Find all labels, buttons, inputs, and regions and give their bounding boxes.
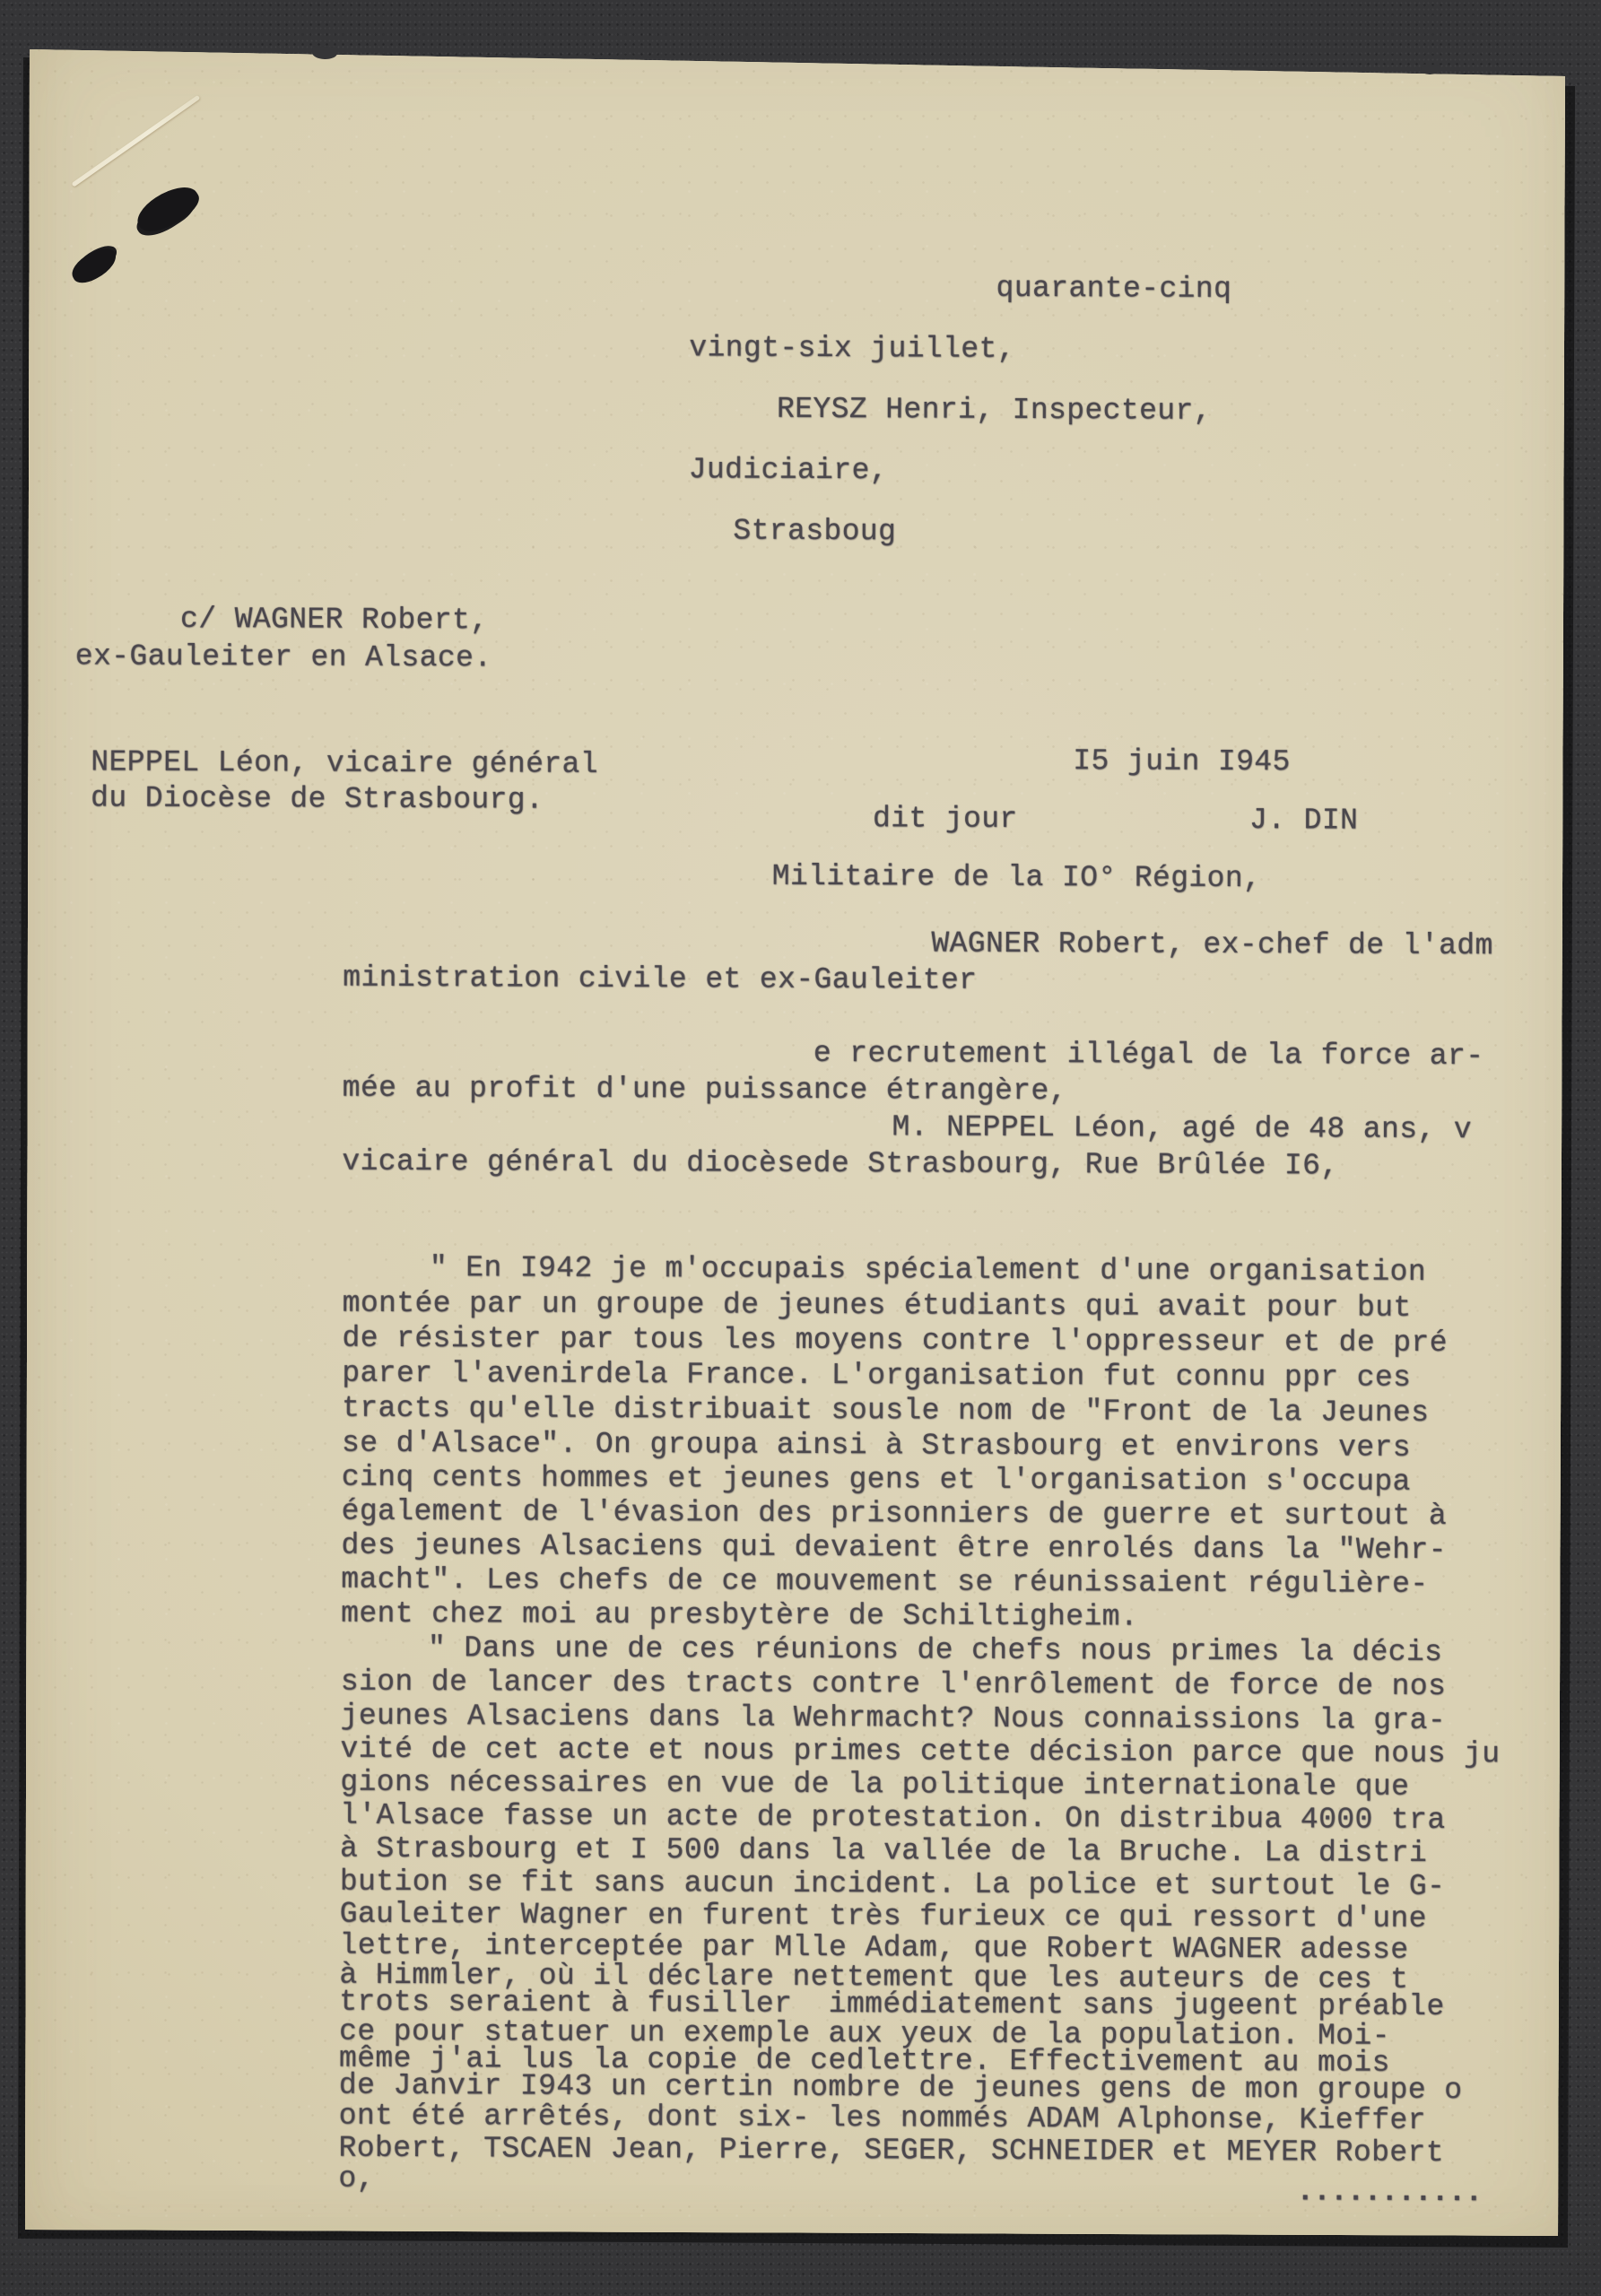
charge-line-2: mée au profit d'une puissance étrangère, — [343, 1073, 1067, 1109]
testimony-line: macht". Les chefs de ce mouvement se réu… — [341, 1564, 1428, 1601]
witness-title-line: du Diocèse de Strasbourg. — [91, 782, 544, 816]
juin-fragment-line: J. DIN — [1249, 804, 1358, 838]
testimony-line: gions nécessaires en vue de la politique… — [340, 1767, 1409, 1804]
charge-line-1: e recrutement illégal de la force ar- — [814, 1038, 1484, 1073]
city-line: Strasboug — [733, 516, 896, 549]
testimony-line: l'Alsace fasse un acte de protestation. … — [340, 1800, 1446, 1837]
accused-name-line: c/ WAGNER Robert, — [180, 604, 489, 637]
witness-id-line-1: M. NEPPEL Léon, agé de 48 ans, v — [892, 1111, 1472, 1146]
witness-id-line-2: vicaire général du diocèsede Strasbourg,… — [342, 1146, 1338, 1183]
accused-title-line: ex-Gauleiter en Alsace. — [75, 640, 492, 674]
testimony-line: des jeunes Alsaciens qui devaient être e… — [341, 1530, 1447, 1567]
dit-jour-line: dit jour — [873, 803, 1018, 836]
photographed-document-stage: quarante-cinqvingt-six juillet,REYSZ Hen… — [0, 0, 1601, 2296]
ellipsis-trailer: ........... — [1296, 2176, 1482, 2209]
accused-role-line-1: WAGNER Robert, ex-chef de l'adm — [931, 928, 1492, 963]
testimony-line: Robert, TSCAEN Jean, Pierre, SEGER, SCHN… — [338, 2133, 1444, 2170]
testimony-line: " Dans une de ces réunions de chefs nous… — [428, 1632, 1443, 1669]
testimony-line: se d'Alsace". On groupa ainsi à Strasbou… — [342, 1428, 1411, 1465]
date-line: I5 juin I945 — [1073, 745, 1291, 778]
testimony-line: parer l'avenirdela France. L'organisatio… — [342, 1358, 1411, 1395]
testimony-line: sion de lancer des tracts contre l'enrôl… — [341, 1666, 1447, 1703]
testimony-line: ment chez moi au presbytère de Schiltigh… — [341, 1598, 1138, 1634]
testimony-line: montée par un groupe de jeunes étudiants… — [343, 1288, 1412, 1325]
witness-name-line: NEPPEL Léon, vicaire général — [91, 746, 598, 780]
testimony-line: " En I942 je m'occupais spécialement d'u… — [430, 1252, 1426, 1289]
testimony-line: à Strasbourg et I 500 dans la vallée de … — [340, 1833, 1427, 1870]
page-number-words: quarante-cinq — [996, 273, 1232, 306]
testimony-line: également de l'évasion des prisonniers d… — [342, 1496, 1448, 1533]
testimony-line: o, — [338, 2163, 375, 2196]
date-words-line: vingt-six juillet, — [689, 332, 1015, 366]
military-region-line: Militaire de la IO° Région, — [772, 861, 1262, 895]
testimony-line: jeunes Alsaciens dans la Wehrmacht? Nous… — [341, 1700, 1447, 1737]
testimony-line: de résister par tous les moyens contre l… — [342, 1323, 1448, 1360]
accused-role-line-2: ministration civile et ex-Gauleiter — [343, 962, 977, 997]
judiciaire-line: Judiciaire, — [689, 454, 888, 487]
inspector-line: REYSZ Henri, Inspecteur, — [777, 394, 1212, 428]
testimony-line: cinq cents hommes et jeunes gens et l'or… — [342, 1462, 1411, 1499]
testimony-line: tracts qu'elle distribuait sousle nom de… — [342, 1393, 1429, 1430]
testimony-line: vité de cet acte et nous primes cette dé… — [340, 1734, 1500, 1771]
typewritten-text-layer: quarante-cinqvingt-six juillet,REYSZ Hen… — [0, 0, 1601, 2296]
